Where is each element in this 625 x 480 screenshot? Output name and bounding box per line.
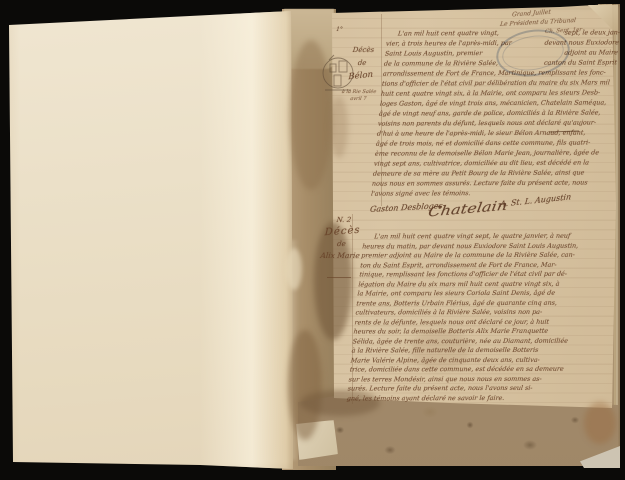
line-left: de la commune de la Rivière Salée, [383,58,498,69]
manuscript-line: à la Rie Salée [338,89,381,96]
manuscript-line: Décès [342,44,385,57]
stain [286,248,302,290]
line-right: sept, le deux jan- [564,27,620,37]
line-left: Saint Louis Augustin, premier [384,48,482,59]
line-right: adjoint au Maire [564,47,619,57]
stain [288,330,322,440]
stain [330,96,348,158]
manuscript-line: nous nous en sommes assurés. Lecture fai… [372,177,606,188]
line-left: L'an mil huit cent quatre vingt, [397,28,499,39]
manuscript-line: Alix Marie [313,250,366,262]
death-record-entry-2: L'an mil huit cent quatre vingt sept, le… [346,232,619,404]
manuscript-line: de [315,238,368,250]
stain [584,402,616,444]
margin-note-deces-1: DécèsdeBélonà la Rie Saléeavril 7 [337,44,385,103]
folio-mark: 1° [336,26,344,33]
line-left: vier, à trois heures de l'après-midi, pa… [385,38,512,49]
manuscript-line: Bélon [340,68,382,85]
manuscript-line: avril 7 [337,96,380,103]
margin-note-underline [327,277,351,278]
manuscript-line: gné, les témoins ayant déclaré ne savoir… [346,393,603,403]
scanned-register-page: Grand Juillet Le Président du Tribunal C… [0,0,625,480]
